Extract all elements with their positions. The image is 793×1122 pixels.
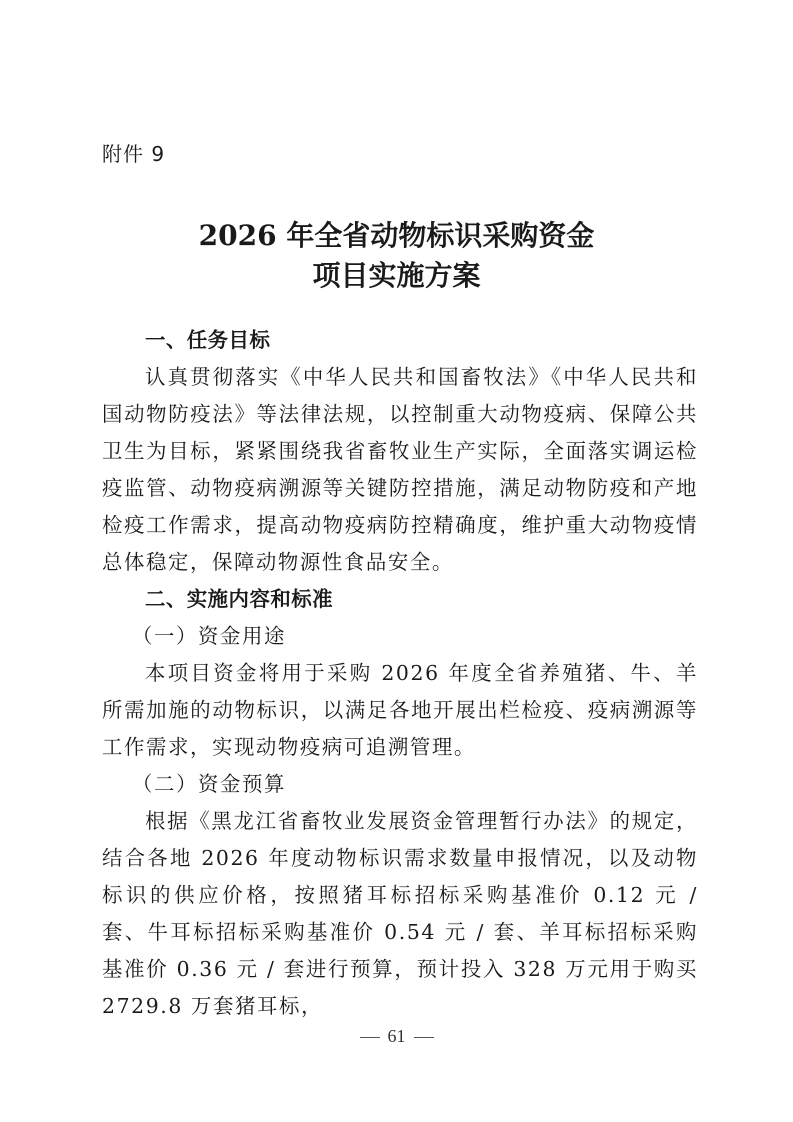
footer-dash-right bbox=[414, 1037, 434, 1038]
section-heading-content-standard: 二、实施内容和标准 bbox=[102, 581, 698, 618]
document-body: 一、任务目标 认真贯彻落实《中华人民共和国畜牧法》《中华人民共和国动物防疫法》等… bbox=[102, 322, 698, 1025]
paragraph-fund-budget: 根据《黑龙江省畜牧业发展资金管理暂行办法》的规定，结合各地 2026 年度动物标… bbox=[102, 803, 698, 1025]
document-page: 附件 9 2026 年全省动物标识采购资金 项目实施方案 一、任务目标 认真贯彻… bbox=[0, 0, 793, 1122]
attachment-label: 附件 9 bbox=[102, 138, 165, 167]
page-footer: 61 bbox=[0, 1026, 793, 1047]
page-number: 61 bbox=[388, 1026, 406, 1046]
subsection-heading-fund-budget: （二）资金预算 bbox=[102, 766, 698, 803]
section-heading-task-goal: 一、任务目标 bbox=[102, 322, 698, 359]
subsection-heading-fund-usage: （一）资金用途 bbox=[102, 618, 698, 655]
document-title-line-2: 项目实施方案 bbox=[0, 254, 793, 294]
paragraph-fund-usage: 本项目资金将用于采购 2026 年度全省养殖猪、牛、羊所需加施的动物标识，以满足… bbox=[102, 655, 698, 766]
document-title-line-1: 2026 年全省动物标识采购资金 bbox=[0, 214, 793, 254]
paragraph-task-goal: 认真贯彻落实《中华人民共和国畜牧法》《中华人民共和国动物防疫法》等法律法规，以控… bbox=[102, 359, 698, 581]
footer-dash-left bbox=[360, 1037, 380, 1038]
